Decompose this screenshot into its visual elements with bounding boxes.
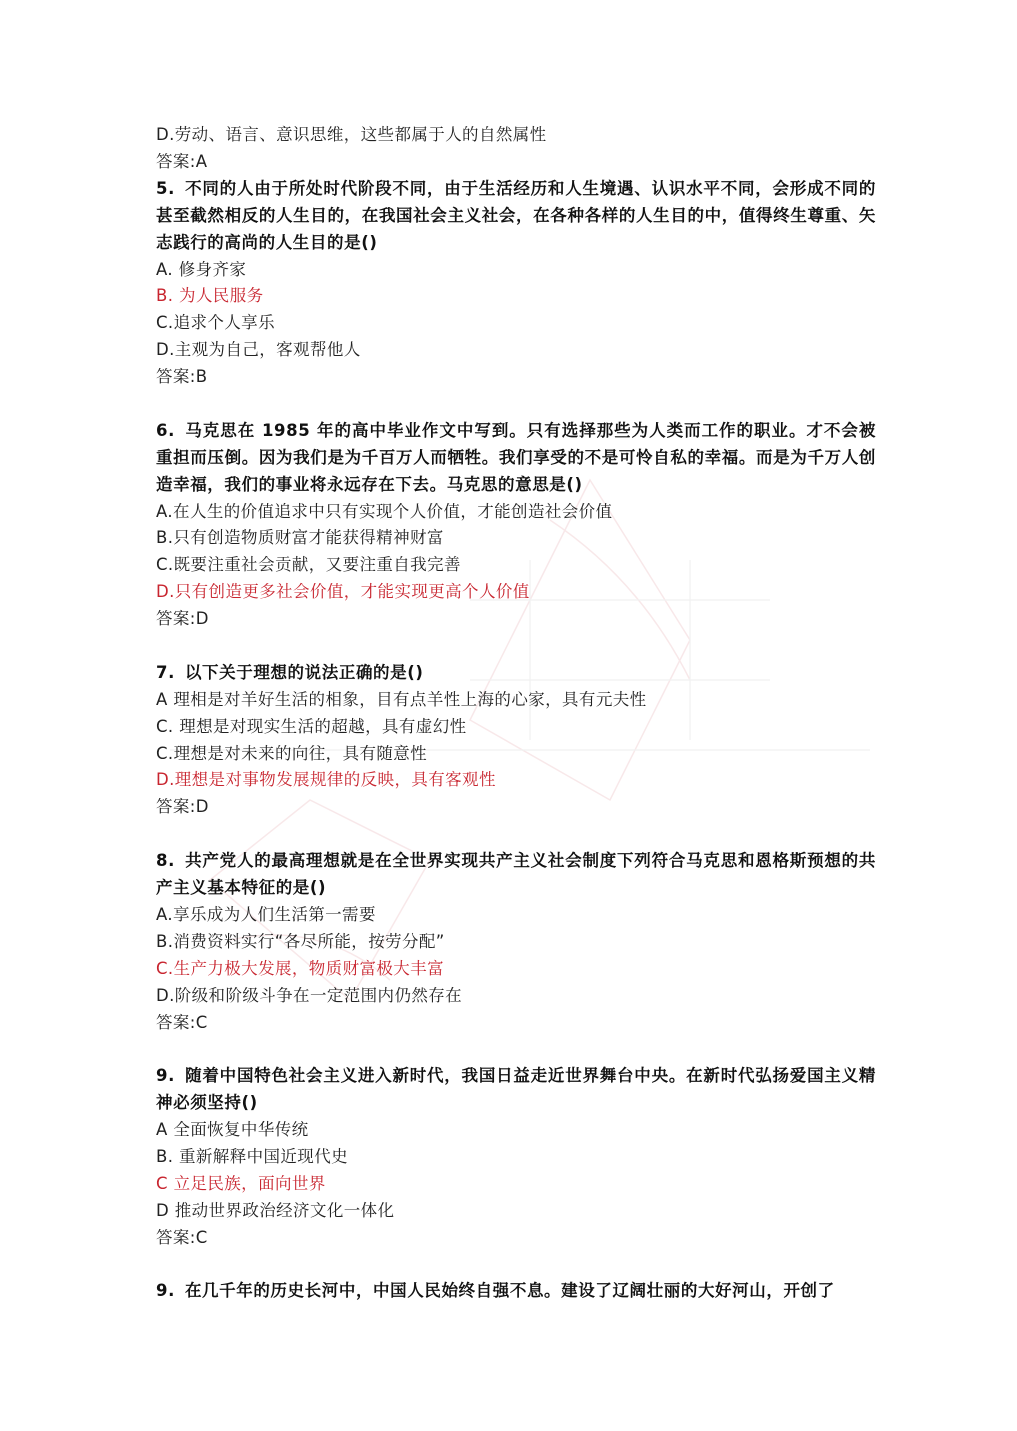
question-8: 8.共产党人的最高理想就是在全世界实现共产主义社会制度下列符合马克思和恩格斯预想… <box>156 848 876 1036</box>
option-d: D 推动世界政治经济文化一体化 <box>156 1198 876 1225</box>
question-text: 随着中国特色社会主义进入新时代，我国日益走近世界舞台中央。在新时代弘扬爱国主义精… <box>156 1066 876 1112</box>
question-stem: 7.以下关于理想的说法正确的是() <box>156 660 876 687</box>
question-stem: 8.共产党人的最高理想就是在全世界实现共产主义社会制度下列符合马克思和恩格斯预想… <box>156 848 876 902</box>
question-5: 5.不同的人由于所处时代阶段不同，由于生活经历和人生境遇、认识水平不同，会形成不… <box>156 176 876 391</box>
spacer <box>156 633 876 660</box>
option-c-correct: C 立足民族，面向世界 <box>156 1171 876 1198</box>
question-stem: 6.马克思在 1985 年的高中毕业作文中写到。只有选择那些为人类而工作的职业。… <box>156 418 876 499</box>
option-d: D.主观为自己，客观帮他人 <box>156 337 876 364</box>
option-a: A 理相是对羊好生活的相象，目有点羊性上海的心家，具有元夫性 <box>156 687 876 714</box>
option-d: D.阶级和阶级斗争在一定范围内仍然存在 <box>156 983 876 1010</box>
carryover-answer: 答案:A <box>156 149 876 176</box>
option-b-correct: B. 为人民服务 <box>156 283 876 310</box>
question-text: 在几千年的历史长河中，中国人民始终自强不息。建设了辽阔壮丽的大好河山，开创了 <box>185 1281 835 1300</box>
option-b: B. 重新解释中国近现代史 <box>156 1144 876 1171</box>
option-b: B.只有创造物质财富才能获得精神财富 <box>156 525 876 552</box>
question-text: 马克思在 1985 年的高中毕业作文中写到。只有选择那些为人类而工作的职业。才不… <box>156 421 876 494</box>
question-number: 7. <box>156 663 175 682</box>
option-a: A 全面恢复中华传统 <box>156 1117 876 1144</box>
question-number: 9. <box>156 1281 175 1300</box>
question-text: 以下关于理想的说法正确的是() <box>185 663 424 682</box>
spacer <box>156 821 876 848</box>
option-c: C.追求个人享乐 <box>156 310 876 337</box>
option-b: C. 理想是对现实生活的超越，具有虚幻性 <box>156 714 876 741</box>
option-b: B.消费资料实行“各尽所能，按劳分配” <box>156 929 876 956</box>
option-d-correct: D.只有创造更多社会价值，才能实现更高个人价值 <box>156 579 876 606</box>
answer-line: 答案:D <box>156 606 876 633</box>
question-stem: 9.随着中国特色社会主义进入新时代，我国日益走近世界舞台中央。在新时代弘扬爱国主… <box>156 1063 876 1117</box>
carryover-option-d: D.劳动、语言、意识思维，这些都属于人的自然属性 <box>156 122 876 149</box>
answer-line: 答案:C <box>156 1010 876 1037</box>
spacer <box>156 391 876 418</box>
trailing-question-stem: 9.在几千年的历史长河中，中国人民始终自强不息。建设了辽阔壮丽的大好河山，开创了 <box>156 1278 876 1305</box>
question-7: 7.以下关于理想的说法正确的是() A 理相是对羊好生活的相象，目有点羊性上海的… <box>156 660 876 821</box>
option-a: A.在人生的价值追求中只有实现个人价值，才能创造社会价值 <box>156 499 876 526</box>
option-c-correct: C.生产力极大发展，物质财富极大丰富 <box>156 956 876 983</box>
question-9: 9.随着中国特色社会主义进入新时代，我国日益走近世界舞台中央。在新时代弘扬爱国主… <box>156 1063 876 1251</box>
question-text: 不同的人由于所处时代阶段不同，由于生活经历和人生境遇、认识水平不同，会形成不同的… <box>156 179 876 252</box>
spacer <box>156 1036 876 1063</box>
answer-line: 答案:C <box>156 1225 876 1252</box>
answer-line: 答案:D <box>156 794 876 821</box>
document-page: D.劳动、语言、意识思维，这些都属于人的自然属性 答案:A 5.不同的人由于所处… <box>156 122 876 1305</box>
question-stem: 5.不同的人由于所处时代阶段不同，由于生活经历和人生境遇、认识水平不同，会形成不… <box>156 176 876 257</box>
option-a: A.享乐成为人们生活第一需要 <box>156 902 876 929</box>
spacer <box>156 1252 876 1279</box>
question-number: 6. <box>156 421 175 440</box>
question-text: 共产党人的最高理想就是在全世界实现共产主义社会制度下列符合马克思和恩格斯预想的共… <box>156 851 876 897</box>
option-c: C.理想是对未来的向往，具有随意性 <box>156 741 876 768</box>
option-a: A. 修身齐家 <box>156 257 876 284</box>
answer-line: 答案:B <box>156 364 876 391</box>
question-number: 5. <box>156 179 175 198</box>
question-6: 6.马克思在 1985 年的高中毕业作文中写到。只有选择那些为人类而工作的职业。… <box>156 418 876 633</box>
question-number: 8. <box>156 851 175 870</box>
option-d-correct: D.理想是对事物发展规律的反映，具有客观性 <box>156 767 876 794</box>
option-c: C.既要注重社会贡献，又要注重自我完善 <box>156 552 876 579</box>
question-number: 9. <box>156 1066 175 1085</box>
